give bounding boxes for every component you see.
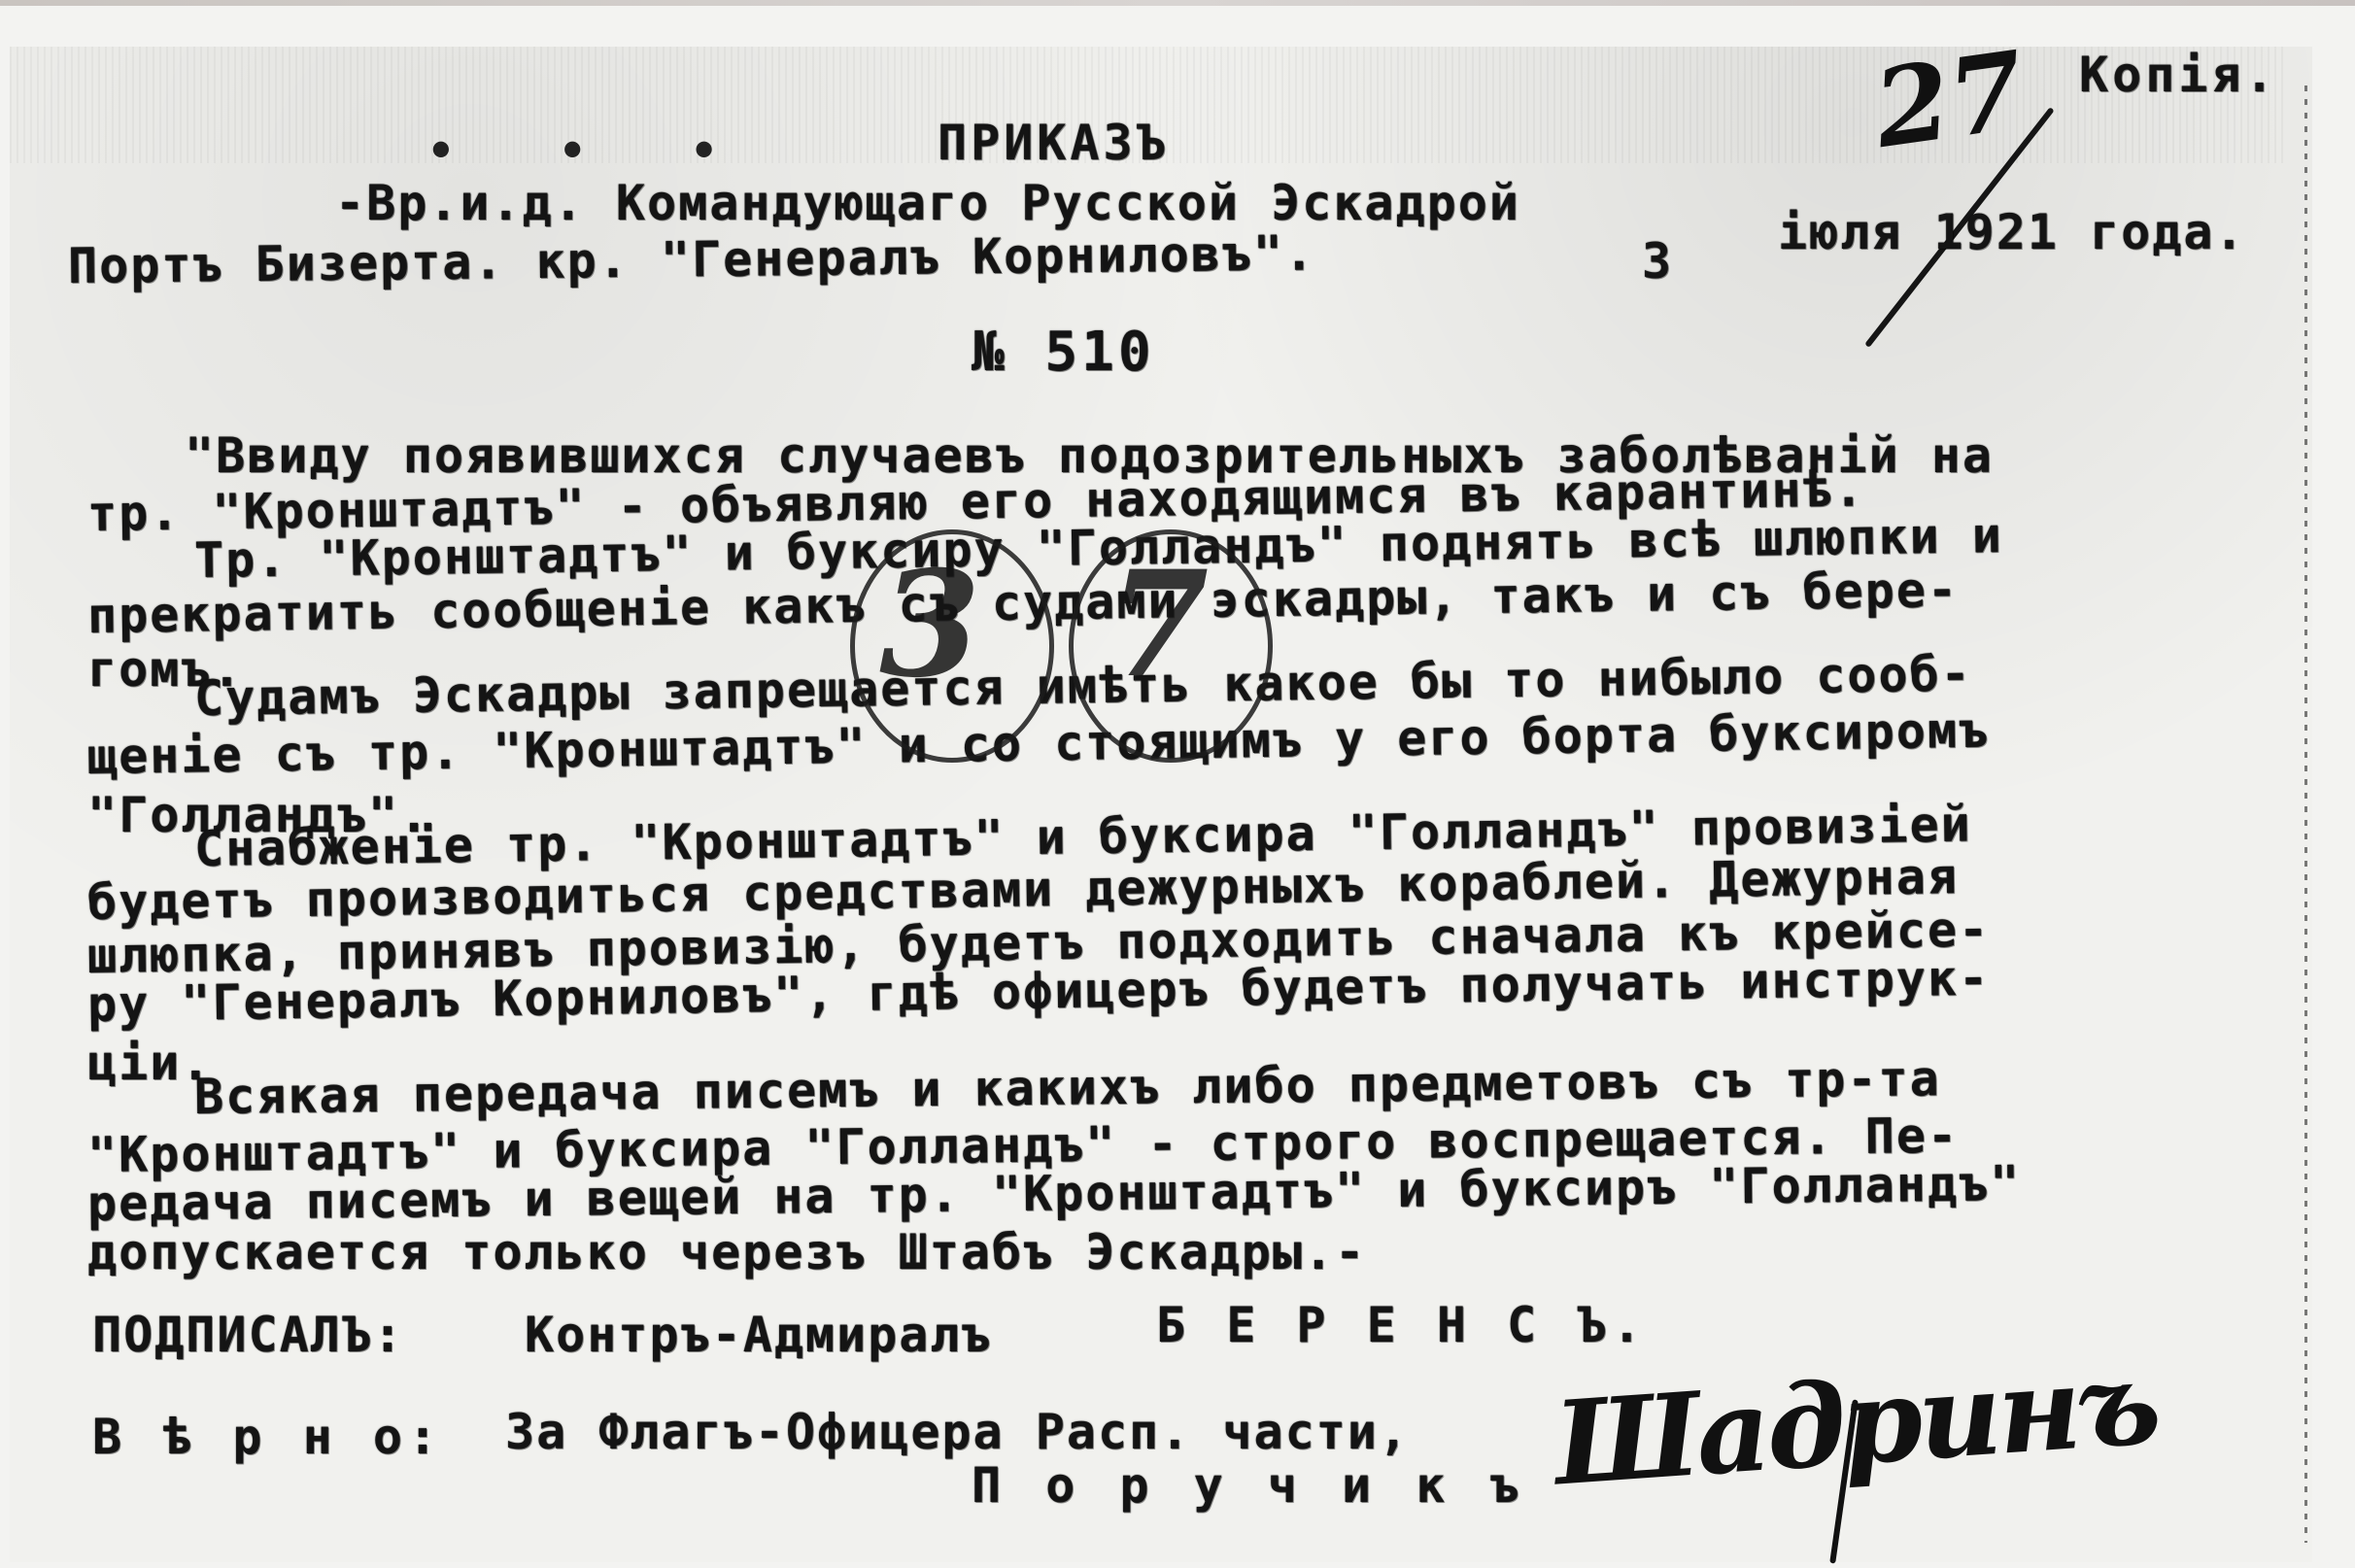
scan-top-edge (0, 0, 2355, 6)
certified-rank: П о р у ч и к ъ (972, 1457, 1527, 1514)
order-number: № 510 (972, 321, 1155, 384)
body-line: допускается только черезъ Штабъ Эскадры.… (87, 1224, 1366, 1280)
date-day: 3 (1642, 233, 1673, 290)
ornament-dots: • • • (427, 124, 756, 177)
archive-number: 27 (1867, 27, 2032, 172)
issuer-line: -Вр.и.д. Командующаго Русской Эскадрой (335, 175, 1520, 231)
signed-name: Б Е Р Е Н С Ъ. (1156, 1297, 1647, 1353)
archive-stamp-digit-2: 7 (1108, 539, 1209, 710)
certified-label: В ѣ р н о: (92, 1409, 443, 1465)
archive-stamp-digit-1: 3 (879, 539, 980, 710)
certified-by: За Флагъ-Офицера Расп. части, (505, 1404, 1410, 1460)
page-right-edge (2304, 85, 2307, 1543)
signed-label: ПОДПИСАЛЪ: (92, 1307, 404, 1363)
date-rest: іюля 1921 года. (1778, 204, 2246, 260)
copy-mark: Копія. (2079, 47, 2278, 103)
document-title: ПРИКАЗЪ (938, 115, 1170, 171)
signed-rank: Контръ-Адмиралъ (525, 1307, 993, 1363)
